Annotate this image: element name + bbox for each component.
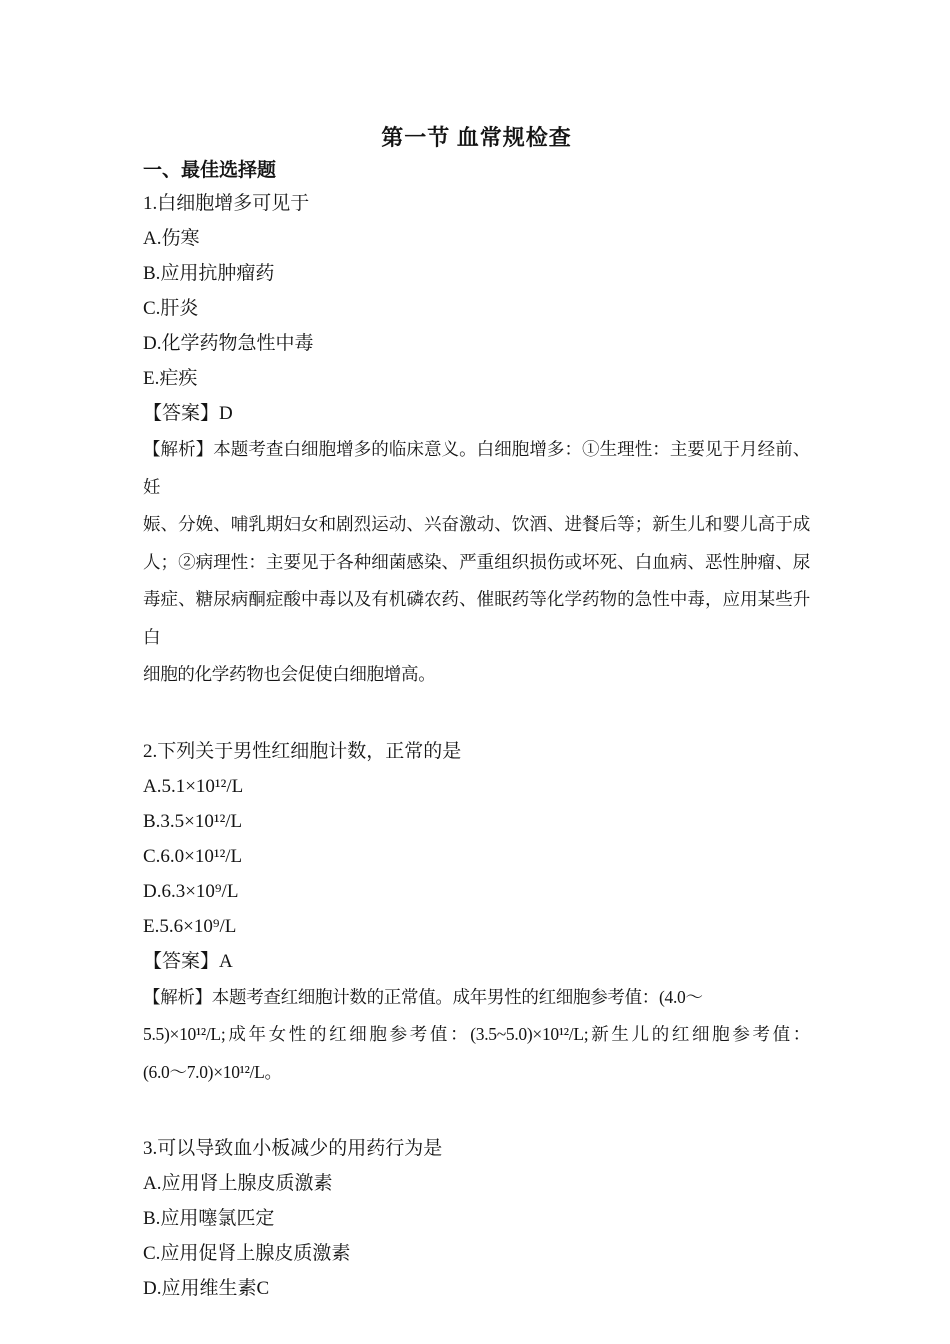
question-2-option-e: E.5.6×10⁹/L: [143, 909, 810, 944]
question-1-option-e: E.疟疾: [143, 361, 810, 396]
question-3-option-d: D.应用维生素C: [143, 1271, 810, 1306]
question-2-option-a: A.5.1×10¹²/L: [143, 769, 810, 804]
question-3-option-b: B.应用噻氯匹定: [143, 1201, 810, 1236]
question-1-option-c: C.肝炎: [143, 291, 810, 326]
section-heading: 一、最佳选择题: [143, 156, 810, 186]
question-3-option-a: A.应用肾上腺皮质激素: [143, 1166, 810, 1201]
question-1-option-a: A.伤寒: [143, 221, 810, 256]
question-2-option-b: B.3.5×10¹²/L: [143, 804, 810, 839]
question-2: 2.下列关于男性红细胞计数，正常的是 A.5.1×10¹²/L B.3.5×10…: [143, 734, 810, 1092]
question-1-analysis-line: 娠、分娩、哺乳期妇女和剧烈运动、兴奋激动、饮酒、进餐后等；新生儿和婴儿高于成: [143, 506, 810, 544]
question-1-analysis-line: 毒症、糖尿病酮症酸中毒以及有机磷农药、催眠药等化学药物的急性中毒，应用某些升白: [143, 581, 810, 656]
question-3-stem: 3.可以导致血小板减少的用药行为是: [143, 1131, 810, 1166]
question-2-answer: 【答案】A: [143, 944, 810, 979]
question-1: 1.白细胞增多可见于 A.伤寒 B.应用抗肿瘤药 C.肝炎 D.化学药物急性中毒…: [143, 186, 810, 694]
question-2-option-d: D.6.3×10⁹/L: [143, 874, 810, 909]
page-title: 第一节 血常规检查: [143, 122, 810, 154]
question-2-stem: 2.下列关于男性红细胞计数，正常的是: [143, 734, 810, 769]
question-1-analysis-line: 【解析】本题考查白细胞增多的临床意义。白细胞增多：①生理性：主要见于月经前、妊: [143, 431, 810, 506]
question-1-option-b: B.应用抗肿瘤药: [143, 256, 810, 291]
question-3-option-c: C.应用促肾上腺皮质激素: [143, 1236, 810, 1271]
question-1-answer: 【答案】D: [143, 396, 810, 431]
document-page: 第一节 血常规检查 一、最佳选择题 1.白细胞增多可见于 A.伤寒 B.应用抗肿…: [0, 0, 950, 1344]
question-2-analysis-line: 5.5)×10¹²/L;成年女性的红细胞参考值：(3.5~5.0)×10¹²/L…: [143, 1016, 810, 1054]
question-2-option-c: C.6.0×10¹²/L: [143, 839, 810, 874]
question-1-stem: 1.白细胞增多可见于: [143, 186, 810, 221]
question-1-analysis-line: 细胞的化学药物也会促使白细胞增高。: [143, 656, 810, 694]
question-3: 3.可以导致血小板减少的用药行为是 A.应用肾上腺皮质激素 B.应用噻氯匹定 C…: [143, 1131, 810, 1306]
question-2-analysis-line: (6.0～7.0)×10¹²/L。: [143, 1054, 810, 1092]
question-2-analysis-line: 【解析】本题考查红细胞计数的正常值。成年男性的红细胞参考值：(4.0～: [143, 979, 810, 1017]
question-1-option-d: D.化学药物急性中毒: [143, 326, 810, 361]
question-1-analysis-line: 人；②病理性：主要见于各种细菌感染、严重组织损伤或坏死、白血病、恶性肿瘤、尿: [143, 544, 810, 582]
